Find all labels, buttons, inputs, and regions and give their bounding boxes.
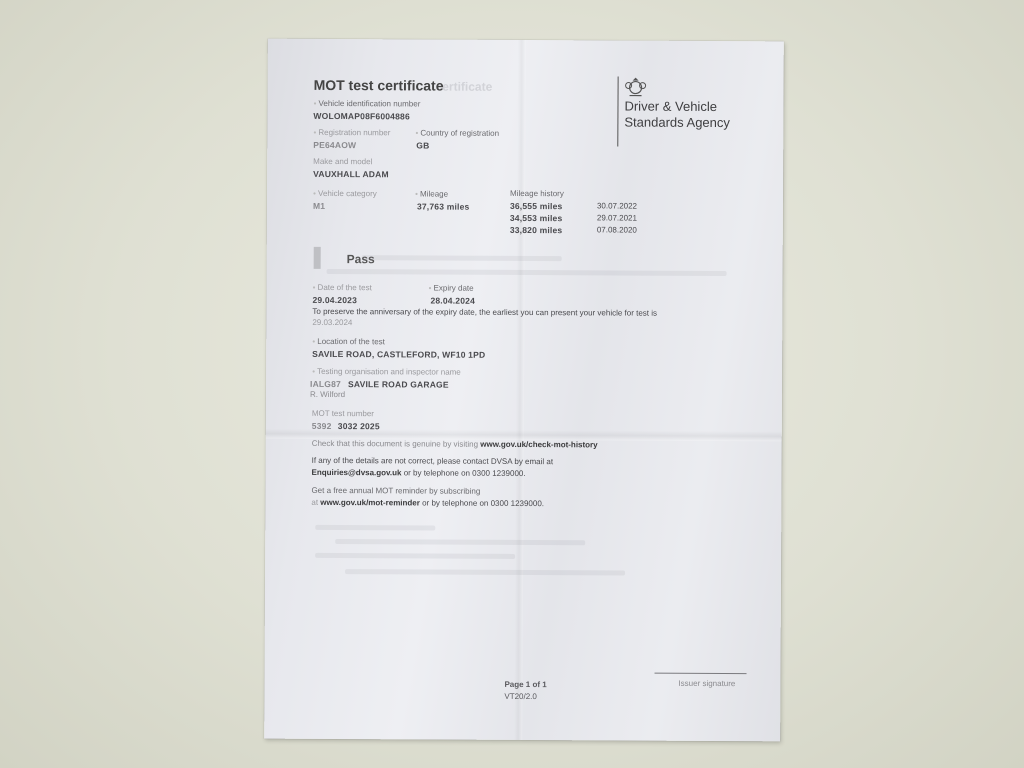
bleed-through-text <box>335 539 585 545</box>
category-label: Vehicle category <box>313 189 377 198</box>
contact-phone-text: or by telephone on 0300 1239000. <box>404 468 526 478</box>
page-number: Page 1 of 1 <box>504 680 546 689</box>
inspector-name: R. Wilford <box>310 390 345 399</box>
bleed-through-title: certificate <box>436 80 493 94</box>
earliest-test-date: 29.03.2024 <box>312 318 352 327</box>
bleed-through-text <box>315 525 435 531</box>
mot-certificate-page: certificate MOT test certificate Driver … <box>264 39 784 742</box>
paper-fold-vertical <box>514 40 526 740</box>
make-model-value: VAUXHALL ADAM <box>313 169 389 179</box>
mot-reminder-link[interactable]: www.gov.uk/mot-reminder <box>320 498 420 508</box>
organisation-name: SAVILE ROAD GARAGE <box>348 379 449 390</box>
test-number-label: MOT test number <box>312 409 374 418</box>
bleed-through-text <box>362 255 562 261</box>
mileage-label: Mileage <box>415 189 448 198</box>
check-mot-history-link[interactable]: www.gov.uk/check-mot-history <box>480 440 597 450</box>
form-code: VT20/2.0 <box>504 692 537 701</box>
mileage-history-miles: 33,820 miles <box>510 225 563 235</box>
bleed-through-text <box>315 553 515 559</box>
organisation-label: Testing organisation and inspector name <box>312 367 461 377</box>
dvsa-email-link[interactable]: Enquiries@dvsa.gov.uk <box>312 468 402 477</box>
reminder-line-2: at www.gov.uk/mot-reminder or by telepho… <box>311 498 544 508</box>
organisation-code: IALG87 <box>310 379 341 389</box>
test-number-part: 5392 <box>312 421 332 431</box>
registration-label: Registration number <box>313 128 390 137</box>
royal-crest-icon <box>624 77 648 99</box>
vin-value: WOLOMAP08F6004886 <box>313 111 410 122</box>
mileage-history-miles: 34,553 miles <box>510 213 563 223</box>
category-value: M1 <box>313 201 325 211</box>
check-genuine-prefix: Check that this document is genuine by v… <box>312 439 478 449</box>
country-label: Country of registration <box>415 128 499 137</box>
issuer-signature-label: Issuer signature <box>678 679 735 688</box>
issuer-name: Driver & Vehicle Standards Agency <box>624 99 764 132</box>
registration-value: PE64AOW <box>313 140 356 150</box>
make-model-label: Make and model <box>313 157 372 166</box>
contact-line-2: Enquiries@dvsa.gov.uk or by telephone on… <box>312 468 526 478</box>
signature-line <box>655 673 747 674</box>
result-marker <box>314 247 321 269</box>
mileage-history-miles: 36,555 miles <box>510 201 563 211</box>
mileage-value: 37,763 miles <box>417 201 470 211</box>
test-date-label: Date of the test <box>313 283 372 292</box>
bleed-through-text <box>345 569 625 575</box>
mileage-history-label: Mileage history <box>510 189 564 198</box>
mileage-history-date: 29.07.2021 <box>597 213 637 222</box>
reminder-prefix: at <box>311 498 318 507</box>
logo-divider <box>617 76 618 146</box>
contact-line-1: If any of the details are not correct, p… <box>312 456 554 466</box>
preserve-anniversary-note: To preserve the anniversary of the expir… <box>312 307 657 318</box>
location-value: SAVILE ROAD, CASTLEFORD, WF10 1PD <box>312 349 485 360</box>
vin-label: Vehicle identification number <box>313 99 420 109</box>
location-label: Location of the test <box>312 337 385 346</box>
expiry-date-value: 28.04.2024 <box>430 296 475 306</box>
reminder-line-1: Get a free annual MOT reminder by subscr… <box>311 486 480 496</box>
test-number-part: 3032 2025 <box>338 421 380 431</box>
reminder-phone-text: or by telephone on 0300 1239000. <box>422 498 544 508</box>
check-genuine-text: Check that this document is genuine by v… <box>312 439 598 449</box>
mileage-history-date: 07.08.2020 <box>597 225 637 234</box>
document-title: MOT test certificate <box>314 77 444 94</box>
country-value: GB <box>416 140 429 150</box>
expiry-date-label: Expiry date <box>429 283 474 292</box>
mileage-history-date: 30.07.2022 <box>597 201 637 210</box>
test-date-value: 29.04.2023 <box>312 295 357 305</box>
bleed-through-text <box>327 269 727 276</box>
